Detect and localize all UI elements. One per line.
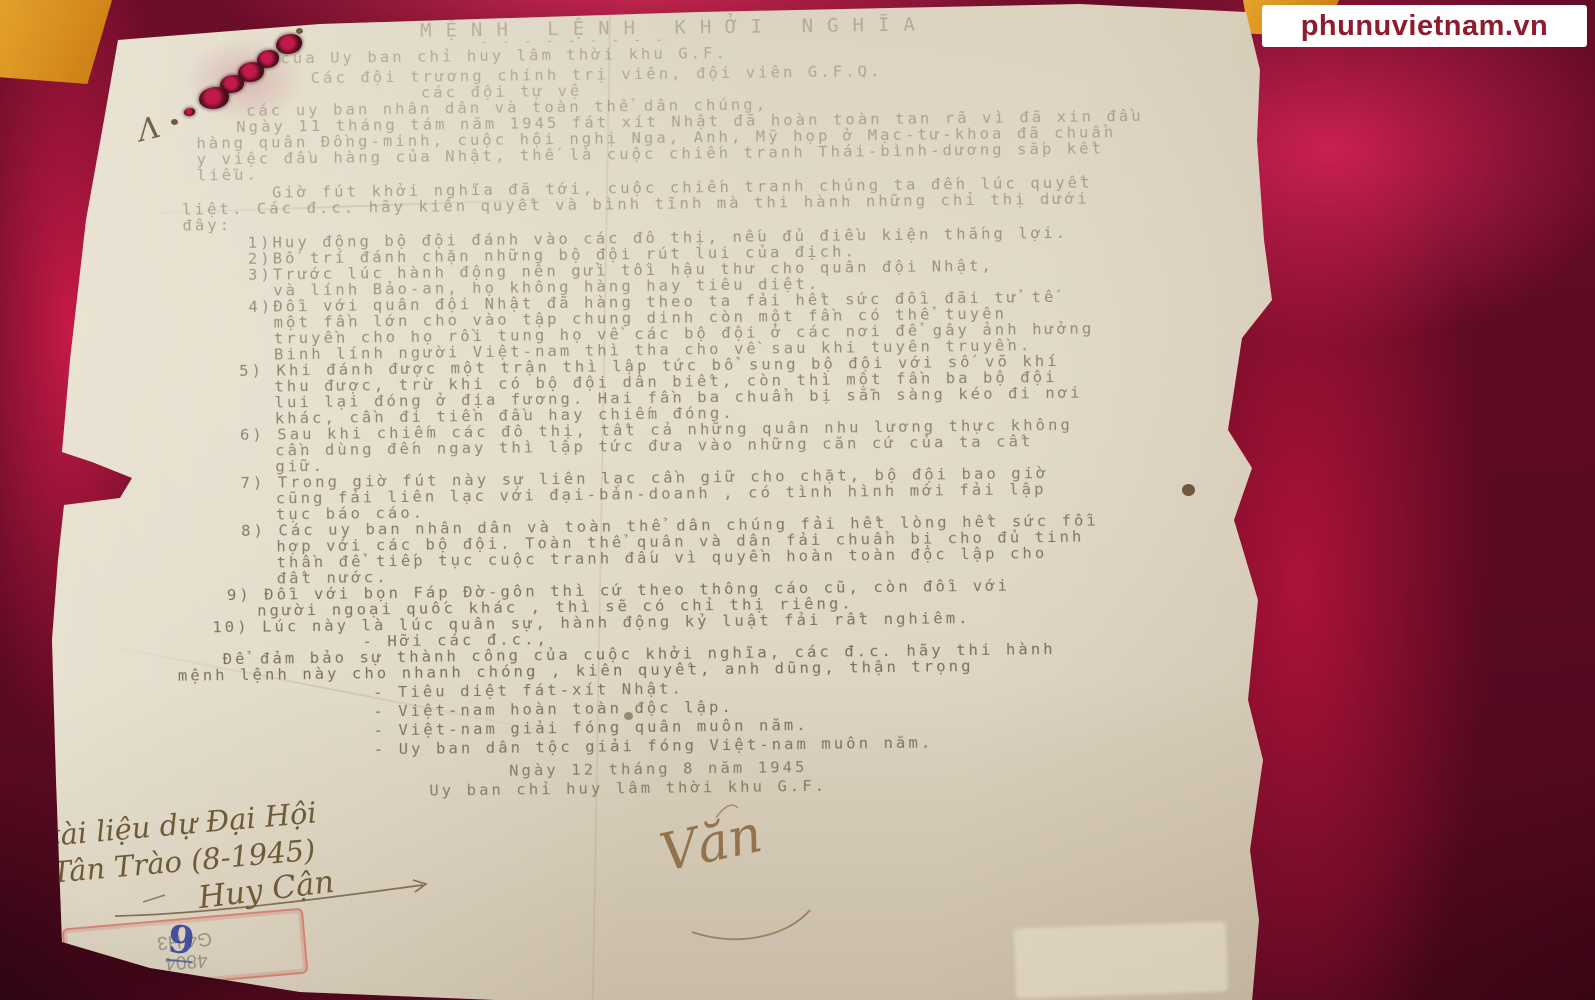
photo-scene: MỆNH LỆNH KHỞI NGHĨA- - - - - - - - -của… — [0, 0, 1595, 1000]
watermark-badge: phunuvietnam.vn — [1262, 5, 1587, 47]
van-signature-flourish — [620, 800, 1120, 960]
watermark-text: phunuvietnam.vn — [1301, 10, 1549, 43]
blue-ink-mark: 9 — [166, 919, 197, 964]
typed-text-block: MỆNH LỆNH KHỞI NGHĨA- - - - - - - - -của… — [150, 12, 1299, 802]
